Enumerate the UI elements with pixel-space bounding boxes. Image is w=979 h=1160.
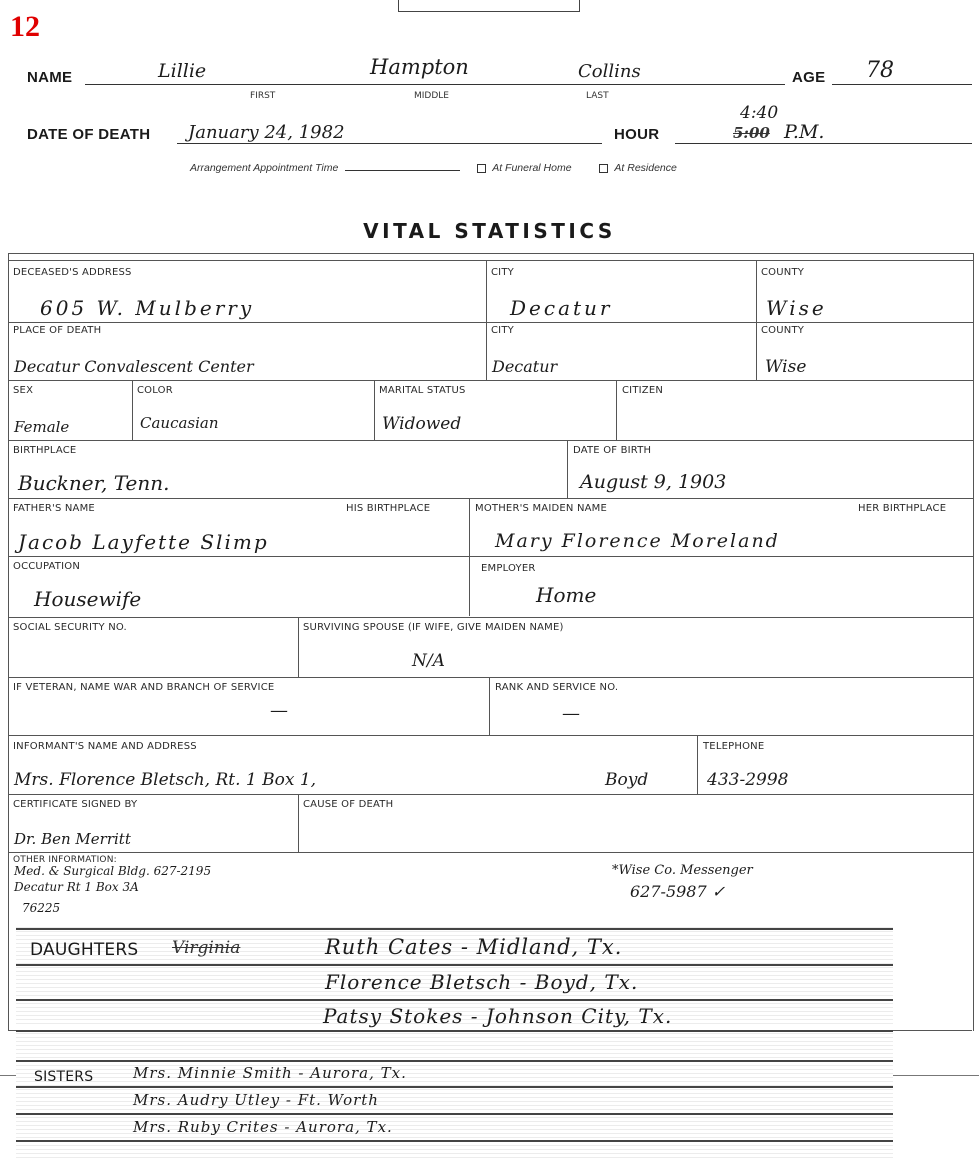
other-info-note2[interactable]: 627-5987 ✓ (630, 882, 725, 901)
social-security-label: SOCIAL SECURITY NO. (13, 622, 127, 633)
sister-entry[interactable]: Mrs. Audry Utley - Ft. Worth (133, 1091, 379, 1109)
row-line (8, 322, 973, 323)
date-of-birth-label: DATE OF BIRTH (573, 445, 651, 456)
middle-sub-label: MIDDLE (414, 91, 449, 101)
col-line (567, 440, 568, 498)
daughters-label: DAUGHTERS (30, 940, 138, 960)
col-line (298, 794, 299, 852)
citizen-label: CITIZEN (622, 385, 663, 396)
section-title: VITAL STATISTICS (0, 219, 979, 243)
surviving-spouse-value[interactable]: N/A (412, 651, 445, 671)
surviving-spouse-label: SURVIVING SPOUSE (IF WIFE, GIVE MAIDEN N… (303, 622, 564, 633)
age-value[interactable]: 78 (866, 58, 894, 83)
daughter-entry[interactable]: Florence Bletsch - Boyd, Tx. (325, 970, 638, 994)
name-underline (85, 84, 785, 85)
ruled-line (16, 1086, 893, 1088)
first-sub-label: FIRST (250, 91, 275, 101)
other-info-line1[interactable]: Med. & Surgical Bldg. 627-2195 (14, 864, 211, 878)
place-of-death-value[interactable]: Decatur Convalescent Center (14, 357, 254, 376)
death-county-label: COUNTY (761, 325, 804, 336)
hour-label: HOUR (614, 126, 659, 143)
other-info-line3[interactable]: 76225 (22, 901, 60, 915)
employer-value[interactable]: Home (536, 583, 596, 607)
col-line (298, 617, 299, 677)
birthplace-label: BIRTHPLACE (13, 445, 76, 456)
informant-value[interactable]: Mrs. Florence Bletsch, Rt. 1 Box 1, (14, 770, 316, 790)
date-of-death-value[interactable]: January 24, 1982 (188, 122, 345, 143)
arrangement-time-field[interactable] (345, 170, 460, 171)
death-county-value[interactable]: Wise (765, 357, 806, 377)
col-line (486, 260, 487, 380)
death-city-value[interactable]: Decatur (492, 357, 557, 376)
address-county-label: COUNTY (761, 267, 804, 278)
color-value[interactable]: Caucasian (140, 414, 219, 432)
hour-correction[interactable]: 4:40 (740, 103, 778, 123)
last-name-value[interactable]: Collins (578, 61, 641, 82)
address-city-value[interactable]: Decatur (510, 296, 612, 320)
residence-checkbox[interactable] (599, 164, 608, 173)
date-of-birth-value[interactable]: August 9, 1903 (580, 471, 726, 493)
row-line (8, 617, 973, 618)
sister-entry[interactable]: Mrs. Minnie Smith - Aurora, Tx. (133, 1064, 407, 1082)
row-line (8, 498, 973, 499)
fathers-name-label: FATHER'S NAME (13, 503, 95, 514)
last-sub-label: LAST (586, 91, 609, 101)
place-of-death-label: PLACE OF DEATH (13, 325, 101, 336)
col-line (616, 380, 617, 440)
date-of-death-label: DATE OF DEATH (27, 126, 150, 143)
age-label: AGE (792, 69, 825, 86)
at-funeral-home-label: At Funeral Home (492, 162, 571, 174)
first-name-value[interactable]: Lillie (158, 60, 206, 82)
row-line (8, 794, 973, 795)
row-line (8, 852, 973, 853)
address-city-label: CITY (491, 267, 514, 278)
informant-city-value[interactable]: Boyd (605, 770, 648, 790)
ruled-line (16, 999, 893, 1001)
cause-of-death-label: CAUSE OF DEATH (303, 799, 393, 810)
torn-edge-line (893, 1075, 979, 1076)
row-line (8, 677, 973, 678)
col-line (756, 260, 757, 380)
col-line (697, 735, 698, 794)
row-line (8, 735, 973, 736)
ruled-line (16, 1060, 893, 1062)
middle-name-value[interactable]: Hampton (370, 55, 469, 79)
torn-edge-line (0, 1075, 16, 1076)
at-residence-label: At Residence (614, 162, 676, 174)
veteran-label: IF VETERAN, NAME WAR AND BRANCH OF SERVI… (13, 682, 274, 693)
deceased-address-label: DECEASED'S ADDRESS (13, 267, 132, 278)
certificate-signed-by-label: CERTIFICATE SIGNED BY (13, 799, 137, 810)
arrangement-label: Arrangement Appointment Time (190, 162, 338, 174)
name-label: NAME (27, 69, 72, 86)
mothers-maiden-name-value[interactable]: Mary Florence Moreland (495, 530, 780, 552)
col-line (489, 677, 490, 735)
occupation-label: OCCUPATION (13, 561, 80, 572)
sex-value[interactable]: Female (14, 418, 69, 436)
color-label: COLOR (137, 385, 173, 396)
her-birthplace-label: HER BIRTHPLACE (858, 503, 946, 514)
employer-label: EMPLOYER (481, 563, 536, 574)
ruled-line (16, 1140, 893, 1142)
address-county-value[interactable]: Wise (766, 296, 827, 320)
sisters-label: SISTERS (34, 1069, 93, 1085)
ruled-line (16, 1030, 893, 1032)
page-number: 12 (10, 10, 40, 44)
daughter-entry[interactable]: Patsy Stokes - Johnson City, Tx. (323, 1004, 672, 1028)
row-line (8, 556, 973, 557)
his-birthplace-label: HIS BIRTHPLACE (346, 503, 430, 514)
funeral-home-checkbox[interactable] (477, 164, 486, 173)
age-underline (832, 84, 972, 85)
col-line (469, 498, 470, 616)
veteran-value[interactable]: — (270, 700, 288, 721)
ruled-line (16, 1113, 893, 1115)
deceased-address-value[interactable]: 605 W. Mulberry (40, 296, 254, 320)
mothers-maiden-name-label: MOTHER'S MAIDEN NAME (475, 503, 607, 514)
col-line (132, 380, 133, 440)
dod-underline (177, 143, 602, 144)
rank-service-value[interactable]: — (562, 703, 580, 724)
hour-struck: 5:00 (733, 124, 770, 142)
hour-underline (675, 143, 972, 144)
sex-label: SEX (13, 385, 33, 396)
row-line (8, 260, 973, 261)
informant-label: INFORMANT'S NAME AND ADDRESS (13, 741, 197, 752)
col-line (374, 380, 375, 440)
daughter-entry[interactable]: Ruth Cates - Midland, Tx. (325, 935, 622, 959)
marital-status-value[interactable]: Widowed (382, 414, 461, 434)
rank-service-label: RANK AND SERVICE NO. (495, 682, 618, 693)
death-city-label: CITY (491, 325, 514, 336)
arrangement-row: Arrangement Appointment Time At Funeral … (190, 162, 677, 174)
sister-entry[interactable]: Mrs. Ruby Crites - Aurora, Tx. (133, 1118, 393, 1136)
hour-suffix: P.M. (784, 121, 824, 143)
row-line (8, 440, 973, 441)
birthplace-value[interactable]: Buckner, Tenn. (18, 471, 169, 495)
telephone-label: TELEPHONE (703, 741, 764, 752)
ruled-line (16, 928, 893, 930)
top-stub-box (398, 0, 580, 12)
other-info-note1[interactable]: *Wise Co. Messenger (612, 863, 753, 878)
ruled-line (16, 964, 893, 966)
fathers-name-value[interactable]: Jacob Layfette Slimp (18, 530, 269, 554)
certificate-signed-by-value[interactable]: Dr. Ben Merritt (14, 830, 131, 848)
row-line (8, 380, 973, 381)
daughters-struck-name: Virginia (172, 938, 240, 958)
occupation-value[interactable]: Housewife (34, 587, 141, 611)
marital-status-label: MARITAL STATUS (379, 385, 466, 396)
telephone-value[interactable]: 433-2998 (707, 770, 788, 790)
other-info-line2[interactable]: Decatur Rt 1 Box 3A (14, 880, 139, 894)
